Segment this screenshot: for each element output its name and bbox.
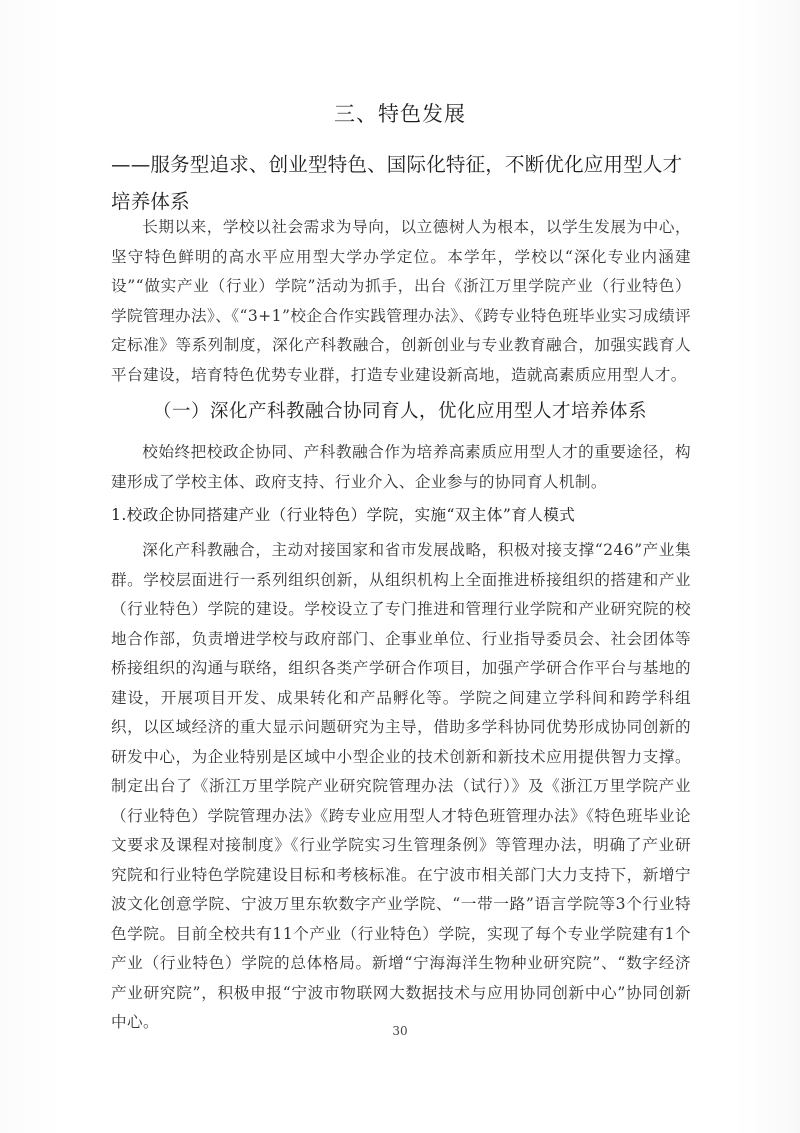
- intro-paragraph: 长期以来，学校以社会需求为导向，以立德树人为根本，以学生发展为中心， 坚守特色鲜…: [111, 213, 691, 390]
- subsection-paragraph: 校始终把校政企协同、产科教融合作为培养高素质应用型人才的重要途径，构建形成了学校…: [111, 438, 691, 497]
- page-number: 30: [0, 1024, 800, 1038]
- section-title: 三、特色发展: [0, 98, 800, 128]
- subsection-title: （一）深化产科教融合协同育人，优化应用型人才培养体系: [0, 397, 800, 423]
- item-paragraph: 深化产科教融合，主动对接国家和省市发展战略，积极对接支撑“246”产业集群。学校…: [111, 536, 691, 1038]
- document-page: 三、特色发展 ——服务型追求、创业型特色、国际化特征，不断优化应用型人才培养体系…: [0, 0, 800, 1133]
- item-title: 1.校政企协同搭建产业（行业特色）学院，实施“双主体”育人模式: [111, 503, 691, 525]
- section-subtitle: ——服务型追求、创业型特色、国际化特征，不断优化应用型人才培养体系: [111, 146, 691, 220]
